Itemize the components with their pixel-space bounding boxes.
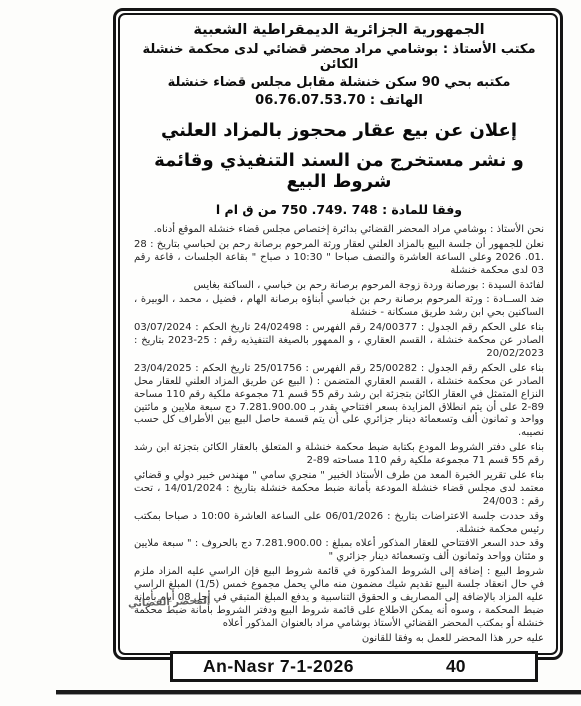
bailiff-office-line: مكتب الأستاذ : بوشامي مراد محضر قضائي لد… <box>134 42 544 72</box>
notice-content: الجمهورية الجزائرية الديمقراطية الشعبية … <box>124 16 554 652</box>
page-number: 40 <box>446 656 465 677</box>
phone-line: الهاتف : 06.76.07.53.70 <box>134 93 544 108</box>
newspaper-name-date: An-Nasr 7-1-2026 <box>203 656 354 677</box>
paragraph-conditions-register: بناء على دفتر الشروط المودع بكتابة ضبط م… <box>134 442 544 468</box>
newspaper-footer: An-Nasr 7-1-2026 40 <box>170 651 538 682</box>
title-legal-articles: وفقا للمادة : 748 .749. 750 من ق ام ا <box>134 202 544 217</box>
paragraph-objections-session: وقد حددت جلسة الاعتراضات بتاريخ : 06/01/… <box>134 511 544 537</box>
paragraph-expert-report: بناء على تقرير الخبرة المعد من طرف الأست… <box>134 470 544 509</box>
paragraph-judgment-1: بناء على الحكم رقم الجدول : 24/00377 رقم… <box>134 322 544 361</box>
notice-body: نحن الأستاذ : بوشامي مراد المحضر القضائي… <box>134 224 544 646</box>
paragraph-auction-session: نعلن للجمهور أن جلسة البيع بالمزاد العلن… <box>134 239 544 278</box>
republic-title: الجمهورية الجزائرية الديمقراطية الشعبية <box>134 22 544 38</box>
title-auction-sale: إعلان عن بيع عقار محجوز بالمزاد العلني <box>134 120 544 141</box>
paragraph-opening-price: وقد حدد السعر الافتتاحي للعقار المذكور أ… <box>134 538 544 564</box>
paragraph-beneficiary: لفائدة السيدة : بورصانة وردة زوجة المرحو… <box>134 280 544 293</box>
paragraph-defendants: ضد الســادة : ورثة المرحوم برصانة رحم بن… <box>134 294 544 320</box>
scanned-newspaper-notice: الجمهورية الجزائرية الديمقراطية الشعبية … <box>0 0 581 706</box>
paragraph-judgment-2-property: بناء على الحكم رقم الجدول : 25/00282 رقم… <box>134 363 544 440</box>
notice-title: إعلان عن بيع عقار محجوز بالمزاد العلني و… <box>134 120 544 217</box>
bottom-divider-line <box>56 690 581 694</box>
notice-header: الجمهورية الجزائرية الديمقراطية الشعبية … <box>134 22 544 108</box>
office-address-line: مكتبه بحي 90 سكن خنشلة مقابل مجلس قضاء خ… <box>134 75 544 90</box>
title-extract-publication: و نشر مستخرج من السند التنفيذي وقائمة شر… <box>134 150 544 192</box>
paragraph-bailiff-intro: نحن الأستاذ : بوشامي مراد المحضر القضائي… <box>134 224 544 237</box>
paragraph-closing-statement: عليه حرر هذا المحضر للعمل به وفقا للقانو… <box>134 633 544 646</box>
